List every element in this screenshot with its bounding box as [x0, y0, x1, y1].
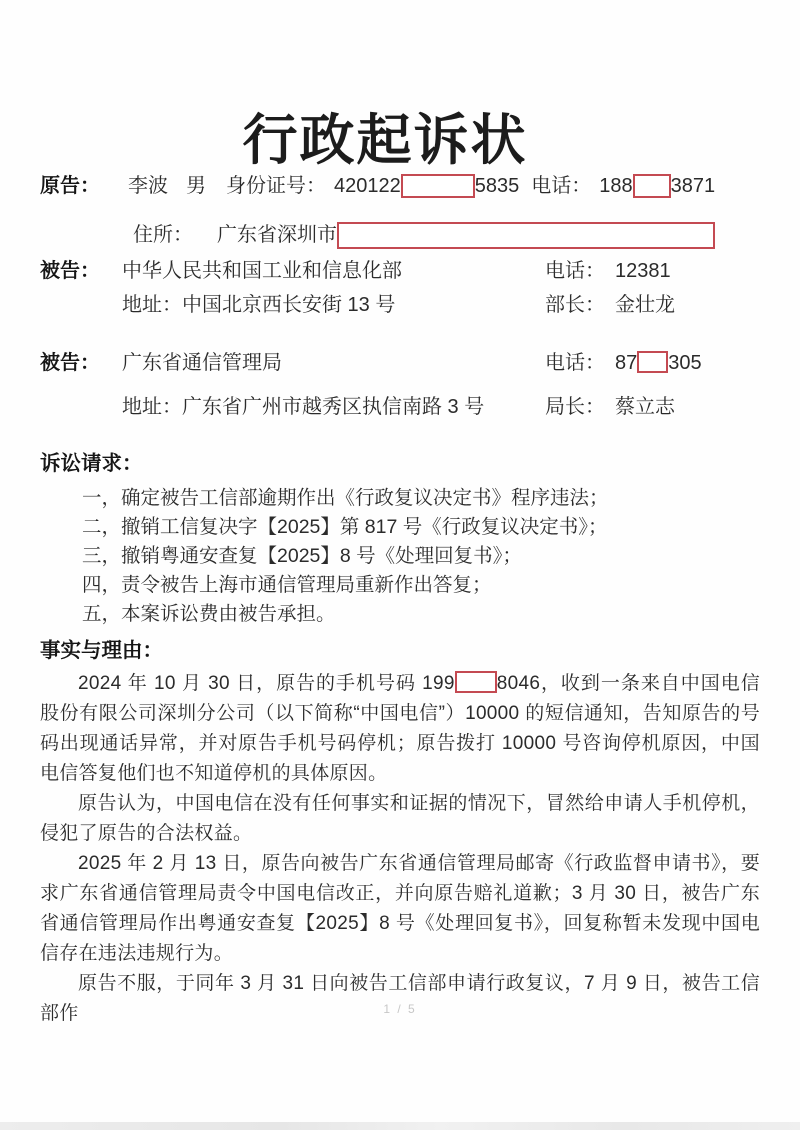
- claims-section: 诉讼请求： 一，确定被告工信部逾期作出《行政复议决定书》程序违法； 二，撤销工信…: [40, 450, 760, 629]
- defendant2-label: 被告：: [40, 349, 122, 377]
- defendant1-row1: 被告： 中华人民共和国工业和信息化部 电话：12381: [40, 257, 760, 285]
- defendant1-phone-label: 电话：: [545, 260, 605, 282]
- id-number-label: 身份证号：: [226, 172, 326, 200]
- plaintiff-gender: 男: [186, 172, 206, 200]
- defendant2-name: 广东省通信管理局: [122, 349, 545, 377]
- facts-paragraph-4: 原告不服，于同年 3 月 31 日向被告工信部申请行政复议，7 月 9 日，被告…: [40, 969, 760, 1029]
- redaction-box-id: [401, 174, 475, 198]
- defendant1-address-cell: 地址：中国北京西长安街 13 号: [122, 291, 545, 319]
- defendant1-row2: 地址：中国北京西长安街 13 号 部长：金壮龙: [40, 291, 760, 319]
- defendant2-row2: 地址：广东省广州市越秀区执信南路 3 号 局长：蔡立志: [40, 393, 760, 421]
- plaintiff-address-row: 住所： 广东省深圳市: [40, 221, 760, 249]
- claim-item-5: 五，本案诉讼费由被告承担。: [40, 600, 760, 629]
- defendant1-address: 中国北京西长安街 13 号: [182, 294, 395, 316]
- defendant2-address-label: 地址：: [122, 396, 182, 418]
- plaintiff-label: 原告：: [40, 172, 128, 200]
- defendant1-head-cell: 部长：金壮龙: [545, 291, 760, 319]
- defendant2-phone-suffix: 305: [668, 352, 701, 374]
- defendant1-address-label: 地址：: [122, 294, 182, 316]
- claim-item-2: 二，撤销工信复决字【2025】第 817 号《行政复议决定书》；: [40, 513, 760, 542]
- defendant1-name: 中华人民共和国工业和信息化部: [122, 257, 545, 285]
- document-title: 行政起诉状: [0, 96, 770, 175]
- minister-name: 金壮龙: [615, 294, 675, 316]
- director-name: 蔡立志: [615, 396, 675, 418]
- minister-label: 部长：: [545, 294, 605, 316]
- id-number-prefix: 420122: [334, 172, 401, 200]
- claims-heading: 诉讼请求：: [40, 450, 760, 478]
- defendant2-section: 被告： 广东省通信管理局 电话：87305 地址：广东省广州市越秀区执信南路 3…: [40, 349, 760, 421]
- claim-item-1: 一，确定被告工信部逾期作出《行政复议决定书》程序违法；: [40, 484, 760, 513]
- defendant2-row1: 被告： 广东省通信管理局 电话：87305: [40, 349, 760, 377]
- redaction-box-inline: [455, 671, 497, 693]
- defendant2-phone-prefix: 87: [615, 352, 637, 374]
- defendant2-address-cell: 地址：广东省广州市越秀区执信南路 3 号: [122, 393, 545, 421]
- facts-heading: 事实与理由：: [40, 637, 760, 665]
- plaintiff-address-prefix: 广东省深圳市: [217, 221, 337, 249]
- defendant2-phone-label: 电话：: [545, 352, 605, 374]
- facts-paragraph-3: 2025 年 2 月 13 日，原告向被告广东省通信管理局邮寄《行政监督申请书》…: [40, 849, 760, 969]
- plaintiff-name: 李波: [128, 172, 168, 200]
- defendant2-address: 广东省广州市越秀区执信南路 3 号: [182, 396, 484, 418]
- defendant1-phone-cell: 电话：12381: [545, 257, 760, 285]
- defendant2-head-cell: 局长：蔡立志: [545, 393, 760, 421]
- facts-section: 事实与理由： 2024 年 10 月 30 日，原告的手机号码 1998046，…: [40, 637, 760, 1029]
- facts-paragraph-1: 2024 年 10 月 30 日，原告的手机号码 1998046，收到一条来自中…: [40, 669, 760, 789]
- redaction-box-phone: [633, 174, 671, 198]
- redaction-box-phone2: [637, 351, 668, 373]
- director-label: 局长：: [545, 396, 605, 418]
- id-number-suffix: 5835: [475, 172, 520, 200]
- plaintiff-phone-prefix: 188: [599, 172, 632, 200]
- claims-list: 一，确定被告工信部逾期作出《行政复议决定书》程序违法； 二，撤销工信复决字【20…: [40, 484, 760, 629]
- plaintiff-section: 原告： 李波 男 身份证号： 420122 5835 电话： 188 3871 …: [40, 172, 760, 249]
- legal-document-page: 行政起诉状 原告： 李波 男 身份证号： 420122 5835 电话： 188…: [0, 0, 800, 1130]
- plaintiff-phone-suffix: 3871: [671, 172, 716, 200]
- defendant1-phone: 12381: [615, 260, 671, 282]
- page-number: 1 / 5: [0, 1002, 800, 1016]
- plaintiff-phone-label: 电话：: [531, 172, 591, 200]
- facts-paragraph-2: 原告认为，中国电信在没有任何事实和证据的情况下，冒然给申请人手机停机，侵犯了原告…: [40, 789, 760, 849]
- plaintiff-info-row: 原告： 李波 男 身份证号： 420122 5835 电话： 188 3871: [40, 172, 760, 200]
- defendant2-phone-cell: 电话：87305: [545, 349, 760, 377]
- claim-item-3: 三，撤销粤通安查复【2025】8 号《处理回复书》；: [40, 542, 760, 571]
- plaintiff-address-label: 住所：: [133, 221, 193, 249]
- claim-item-4: 四，责令被告上海市通信管理局重新作出答复；: [40, 571, 760, 600]
- defendant1-section: 被告： 中华人民共和国工业和信息化部 电话：12381 地址：中国北京西长安街 …: [40, 257, 760, 319]
- redaction-box-address: [337, 222, 715, 249]
- bottom-edge-strip: [0, 1122, 800, 1130]
- defendant1-label: 被告：: [40, 257, 122, 285]
